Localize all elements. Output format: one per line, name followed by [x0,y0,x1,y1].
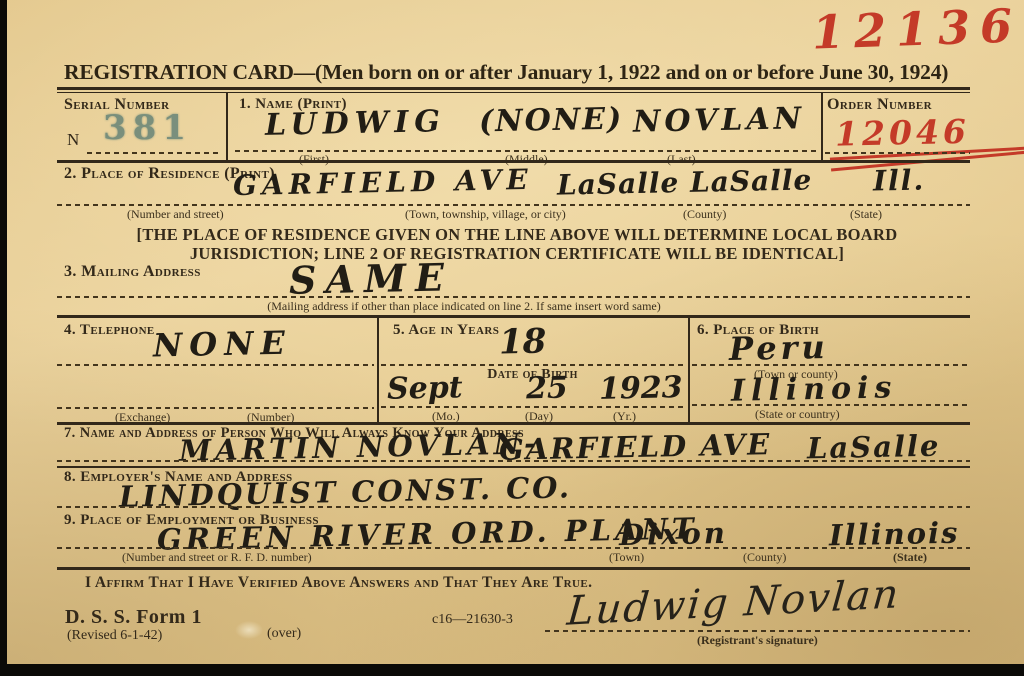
registrant-signature: Ludwig Novlan [565,571,902,635]
name-last-value: NOVLAN [633,101,806,140]
residence-street-value: GARFIELD AVE [233,163,533,202]
over-note: (over) [267,626,301,642]
row9-bottom-rule [57,567,970,570]
form-number: D. S. S. Form 1 [65,606,202,629]
affirmation-text: I Affirm That I Have Verified Above Answ… [85,574,592,592]
serial-number-prefix: N [67,130,79,150]
age-value: 18 [499,322,547,363]
name-middle-value: (NONE) [479,101,624,139]
handwritten-control-number: 12136 [811,0,1023,60]
age-label: 5. Age in Years [393,322,499,339]
title-rule-heavy [57,87,970,90]
birth-dotted-line-1 [692,364,970,366]
signature-sublabel: (Registrant's signature) [697,633,818,648]
telephone-dotted-line-1 [57,364,374,366]
mailing-label: 3. Mailing Address [64,263,201,281]
telephone-label: 4. Telephone [64,322,155,339]
employment-state-sublabel: (State) [893,550,927,565]
name-first-value: LUDWIG [265,104,447,143]
title-rule-thin [57,92,970,93]
row456-divider-right [688,318,690,423]
birth-state-sublabel: (State or country) [755,407,840,422]
order-number-label: Order Number [827,96,932,114]
residence-state-value: Ill. [873,163,926,197]
employment-county-sublabel: (County) [743,550,786,565]
telephone-value: NONE [153,324,293,365]
birth-state-value: Illinois [731,370,898,408]
dob-year-value: 1923 [599,370,683,407]
residence-state-sublabel: (State) [850,207,882,222]
age-dotted-line-2 [381,406,684,408]
serial-number-stamped-value: 381 [103,108,192,148]
serial-dotted-line [87,152,221,154]
signature-dotted-line [545,630,970,632]
birth-dotted-line-2 [692,404,970,406]
residence-street-sublabel: (Number and street) [127,207,224,222]
age-dotted-line-1 [381,364,684,366]
row3-bottom-rule [57,315,970,318]
row7-bottom-rule [57,466,970,468]
order-dotted-line [825,152,970,154]
birth-town-value: Peru [729,328,829,368]
employment-town-sublabel: (Town) [609,550,644,565]
residence-county-sublabel: (County) [683,207,726,222]
scanned-registration-card: 12136 REGISTRATION CARD—(Men born on or … [0,0,1024,676]
mailing-sublabel: (Mailing address if other than place ind… [64,299,864,314]
card-title: REGISTRATION CARD—(Men born on or after … [64,60,948,85]
dob-month-value: Sept [387,370,463,407]
residence-dotted-line [57,204,970,206]
residence-town-county-value: LaSalle LaSalle [557,163,813,201]
contact-dotted-line [57,460,970,462]
jurisdiction-notice-line2: JURISDICTION; LINE 2 OF REGISTRATION CER… [64,244,970,264]
print-code: c16—21630-3 [432,612,513,628]
employment-dotted-line [57,547,970,549]
employment-street-sublabel: (Number and street or R. F. D. number) [122,550,312,565]
row1-divider-right [821,92,823,160]
card-paper: 12136 REGISTRATION CARD—(Men born on or … [7,0,1024,664]
mailing-dotted-line [57,296,970,298]
form-revised: (Revised 6-1-42) [67,628,162,644]
row1-divider-left [226,92,228,160]
employer-dotted-line [57,506,970,508]
row456-divider-left [377,318,379,423]
telephone-dotted-line-2 [57,407,374,409]
residence-town-sublabel: (Town, township, village, or city) [405,207,566,222]
jurisdiction-notice-line1: [THE PLACE OF RESIDENCE GIVEN ON THE LIN… [64,225,970,245]
dob-day-value: 25 [526,371,568,407]
